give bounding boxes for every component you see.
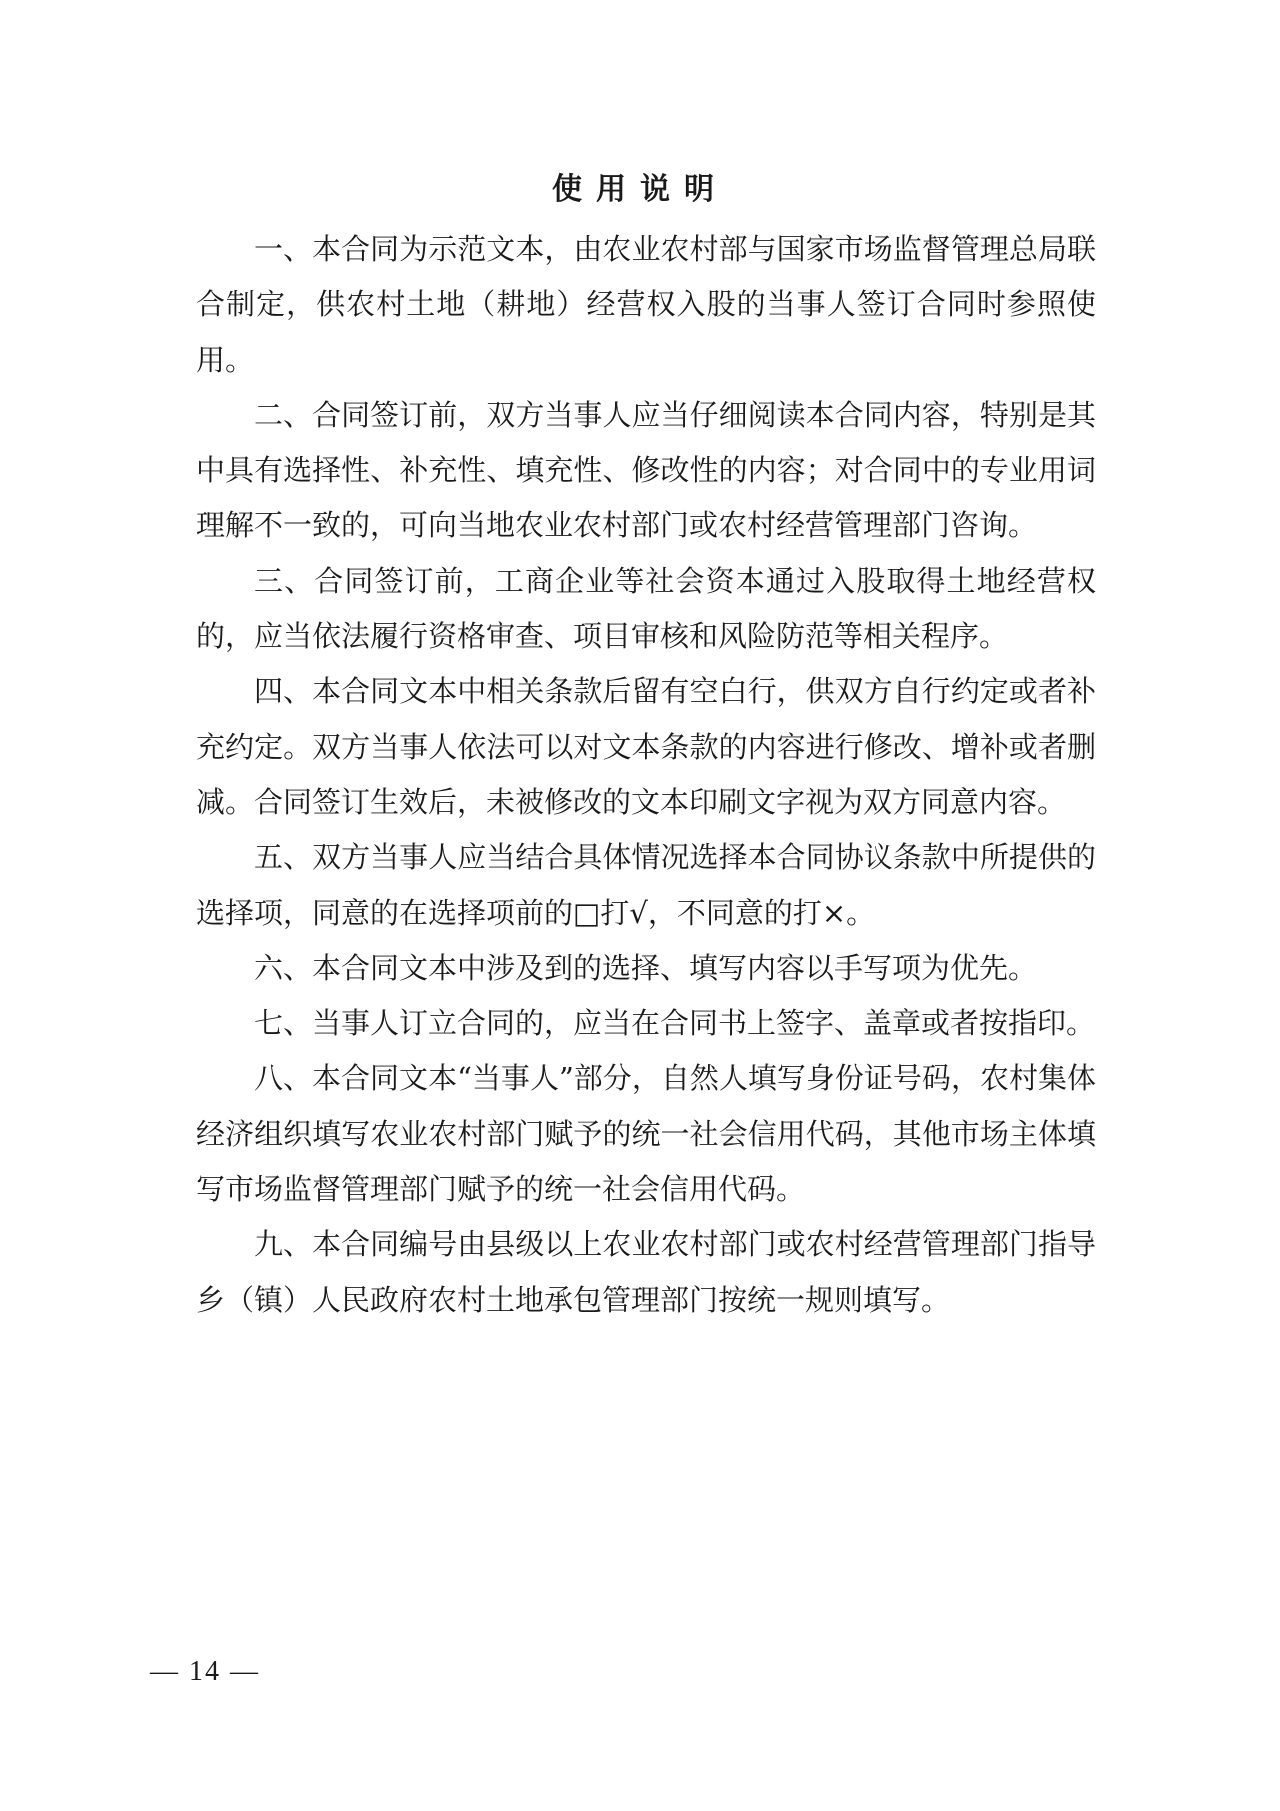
paragraph-9: 九、本合同编号由县级以上农业农村部门或农村经营管理部门指导乡（镇）人民政府农村土… bbox=[196, 1217, 1096, 1328]
page-number: — 14 — bbox=[150, 1656, 260, 1688]
paragraph-2: 二、合同签订前，双方当事人应当仔细阅读本合同内容，特别是其中具有选择性、补充性、… bbox=[196, 388, 1096, 554]
paragraph-1: 一、本合同为示范文本，由农业农村部与国家市场监督管理总局联合制定，供农村土地（耕… bbox=[196, 222, 1096, 388]
paragraph-3: 三、合同签订前，工商企业等社会资本通过入股取得土地经营权的，应当依法履行资格审查… bbox=[196, 554, 1096, 665]
paragraph-8: 八、本合同文本“当事人”部分，自然人填写身份证号码，农村集体经济组织填写农业农村… bbox=[196, 1051, 1096, 1217]
paragraph-4: 四、本合同文本中相关条款后留有空白行，供双方自行约定或者补充约定。双方当事人依法… bbox=[196, 664, 1096, 830]
page-title: 使用说明 bbox=[0, 168, 1280, 212]
paragraph-5: 五、双方当事人应当结合具体情况选择本合同协议条款中所提供的选择项，同意的在选择项… bbox=[196, 830, 1096, 941]
paragraph-6: 六、本合同文本中涉及到的选择、填写内容以手写项为优先。 bbox=[196, 941, 1096, 996]
paragraph-7: 七、当事人订立合同的，应当在合同书上签字、盖章或者按指印。 bbox=[196, 996, 1096, 1051]
document-body: 一、本合同为示范文本，由农业农村部与国家市场监督管理总局联合制定，供农村土地（耕… bbox=[196, 222, 1096, 1328]
document-page: 使用说明 一、本合同为示范文本，由农业农村部与国家市场监督管理总局联合制定，供农… bbox=[0, 0, 1280, 1811]
